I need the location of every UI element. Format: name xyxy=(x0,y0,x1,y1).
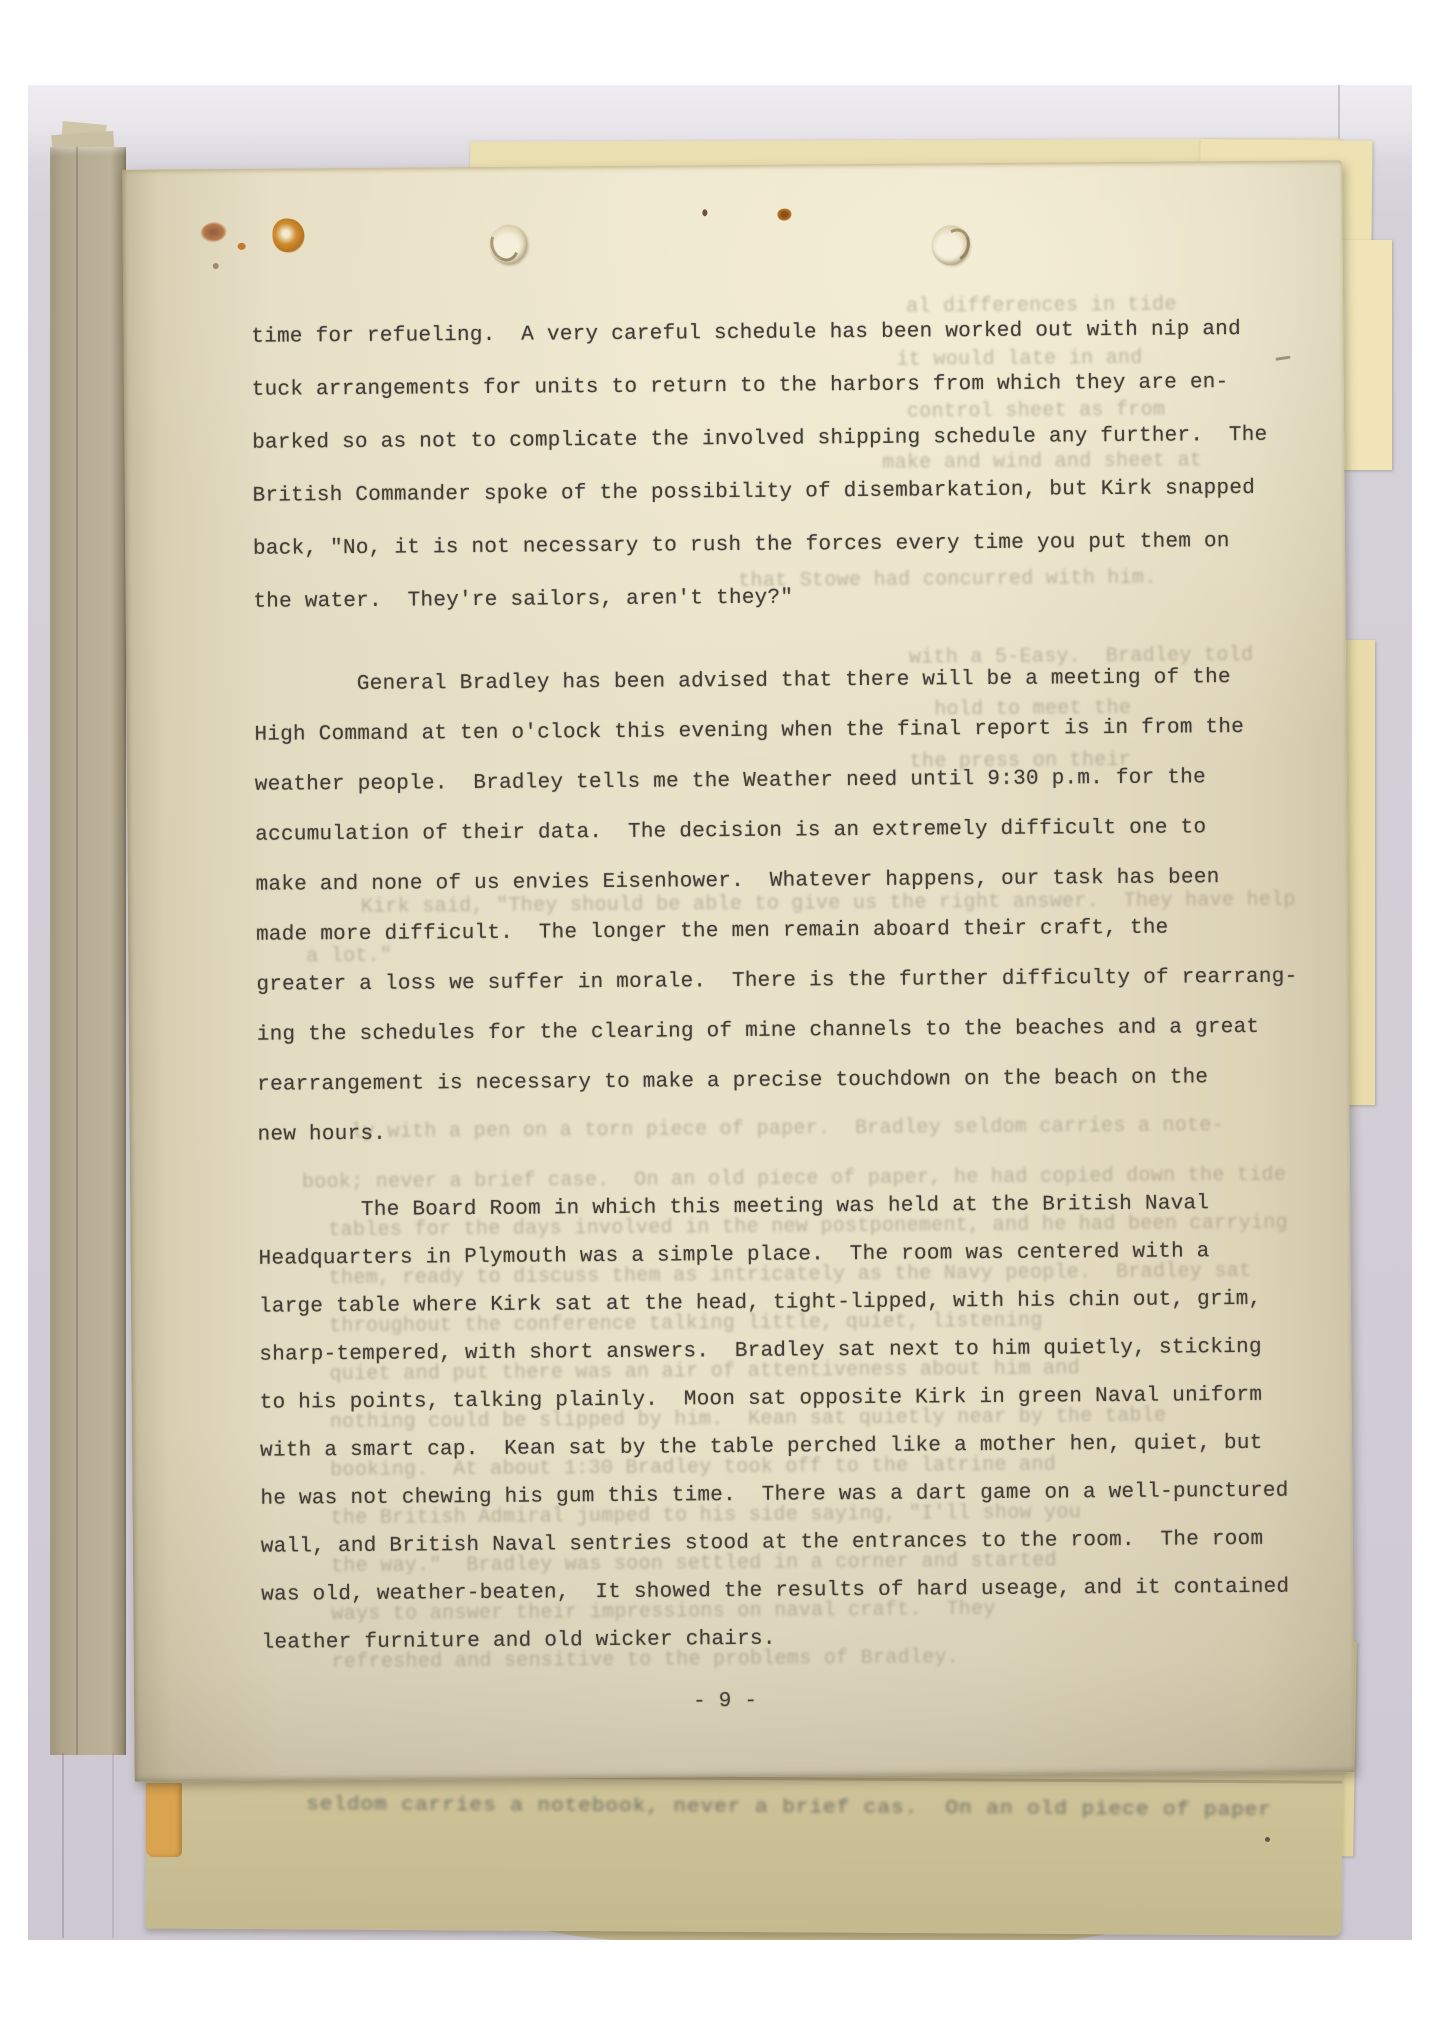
pencil-mark xyxy=(1275,356,1290,361)
typed-paragraph-3: The Board Room in which this meeting was… xyxy=(258,1180,1290,1668)
backdrop-streak xyxy=(62,1753,64,1938)
page-number: - 9 - xyxy=(693,1690,757,1715)
rust-stain xyxy=(272,218,304,252)
rust-stain xyxy=(238,243,246,250)
rust-stain xyxy=(200,222,226,242)
backdrop-streak xyxy=(112,1753,114,1938)
rust-stain xyxy=(702,209,707,216)
typed-paragraph-1: time for refueling. A very careful sched… xyxy=(251,303,1269,629)
photo-of-document: seldom carries a notebook, never a brief… xyxy=(28,85,1412,1940)
fastener-hole-left xyxy=(489,225,527,265)
next-page-ghost-text: seldom carries a notebook, never a brief… xyxy=(306,1795,1272,1820)
rust-stain xyxy=(213,263,219,269)
orange-tab xyxy=(146,1783,182,1857)
document-page: al differences in tideit would late in a… xyxy=(122,160,1355,1782)
underlying-pages-edge xyxy=(50,147,126,1755)
fastener-hole-right xyxy=(931,225,969,265)
typed-paragraph-2: General Bradley has been advised that th… xyxy=(254,653,1299,1161)
ink-speck xyxy=(1265,1837,1270,1842)
rust-stain xyxy=(777,209,791,221)
